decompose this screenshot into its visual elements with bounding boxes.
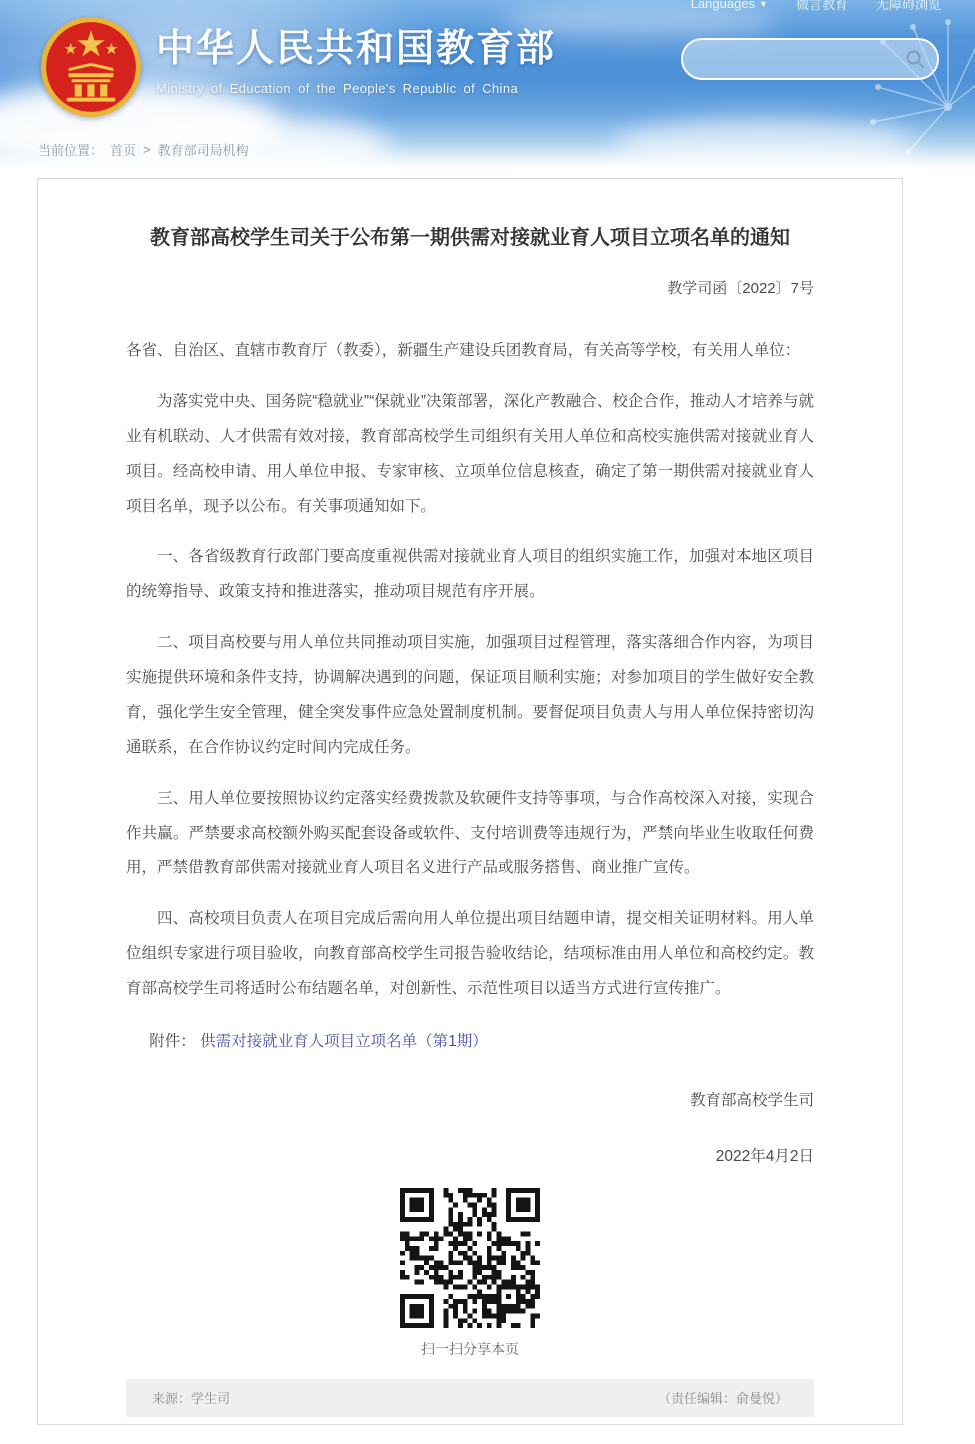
- editor-label: （责任编辑：俞曼悦）: [658, 1388, 788, 1407]
- search-input[interactable]: [683, 40, 905, 78]
- document-number: 教学司函〔2022〕7号: [126, 277, 814, 298]
- salutation: 各省、自治区、直辖市教育厅（教委），新疆生产建设兵团教育局，有关高等学校，有关用…: [126, 334, 814, 369]
- paragraph: 四、高校项目负责人在项目完成后需向用人单位提出项目结题申请，提交相关证明材料。用…: [126, 902, 814, 1007]
- qr-section: 扫一扫分享本页: [126, 1188, 814, 1359]
- site-logo[interactable]: 中华人民共和国教育部 Ministry of Education of the …: [40, 16, 556, 118]
- attachment-line: 附件： 供需对接就业育人项目立项名单（第1期）: [126, 1025, 814, 1060]
- paragraph: 为落实党中央、国务院“稳就业”“保就业”决策部署，深化产教融合、校企合作，推动人…: [126, 385, 814, 525]
- weiyan-education-link[interactable]: 微言教育: [796, 0, 848, 13]
- site-title-block: 中华人民共和国教育部 Ministry of Education of the …: [156, 16, 556, 96]
- sign-date: 2022年4月2日: [126, 1144, 814, 1166]
- breadcrumb-separator: >: [143, 142, 151, 157]
- accessibility-link[interactable]: 无障碍浏览: [876, 0, 941, 13]
- languages-link[interactable]: Languages ▼: [691, 0, 768, 11]
- header-top-links: Languages ▼ 微言教育 无障碍浏览: [691, 0, 941, 13]
- dandelion-decoration: [853, 12, 975, 162]
- site-title: 中华人民共和国教育部: [156, 28, 556, 72]
- paragraph: 二、项目高校要与用人单位共同推动项目实施，加强项目过程管理，落实落细合作内容，为…: [126, 626, 814, 766]
- signer: 教育部高校学生司: [126, 1088, 814, 1110]
- article-footer-bar: 来源：学生司 （责任编辑：俞曼悦）: [126, 1379, 814, 1417]
- attachment-label: 附件：: [149, 1033, 196, 1050]
- search-button[interactable]: [905, 49, 937, 69]
- breadcrumb-label: 当前位置：: [38, 140, 103, 159]
- search-icon: [905, 49, 925, 69]
- breadcrumb-current-link[interactable]: 教育部司局机构: [158, 140, 249, 159]
- national-emblem-icon: [40, 16, 142, 118]
- notice-document-card: 教育部高校学生司关于公布第一期供需对接就业育人项目立项名单的通知 教学司函〔20…: [37, 178, 903, 1425]
- site-header: Languages ▼ 微言教育 无障碍浏览: [0, 0, 975, 168]
- site-subtitle: Ministry of Education of the People's Re…: [156, 81, 534, 96]
- page-title: 教育部高校学生司关于公布第一期供需对接就业育人项目立项名单的通知: [126, 223, 814, 253]
- search-box: [681, 38, 939, 80]
- source-label: 来源：学生司: [152, 1388, 230, 1407]
- qr-code: [400, 1188, 540, 1328]
- attachment-link[interactable]: 供需对接就业育人项目立项名单（第1期）: [200, 1033, 488, 1050]
- document-body: 各省、自治区、直辖市教育厅（教委），新疆生产建设兵团教育局，有关高等学校，有关用…: [126, 334, 814, 1007]
- paragraph: 一、各省级教育行政部门要高度重视供需对接就业育人项目的组织实施工作，加强对本地区…: [126, 540, 814, 610]
- breadcrumb-home-link[interactable]: 首页: [110, 140, 136, 159]
- chevron-down-icon: ▼: [759, 0, 768, 9]
- qr-caption: 扫一扫分享本页: [126, 1339, 814, 1359]
- breadcrumb: 当前位置： 首页 > 教育部司局机构: [38, 140, 249, 159]
- paragraph: 三、用人单位要按照协议约定落实经费拨款及软硬件支持等事项，与合作高校深入对接，实…: [126, 782, 814, 887]
